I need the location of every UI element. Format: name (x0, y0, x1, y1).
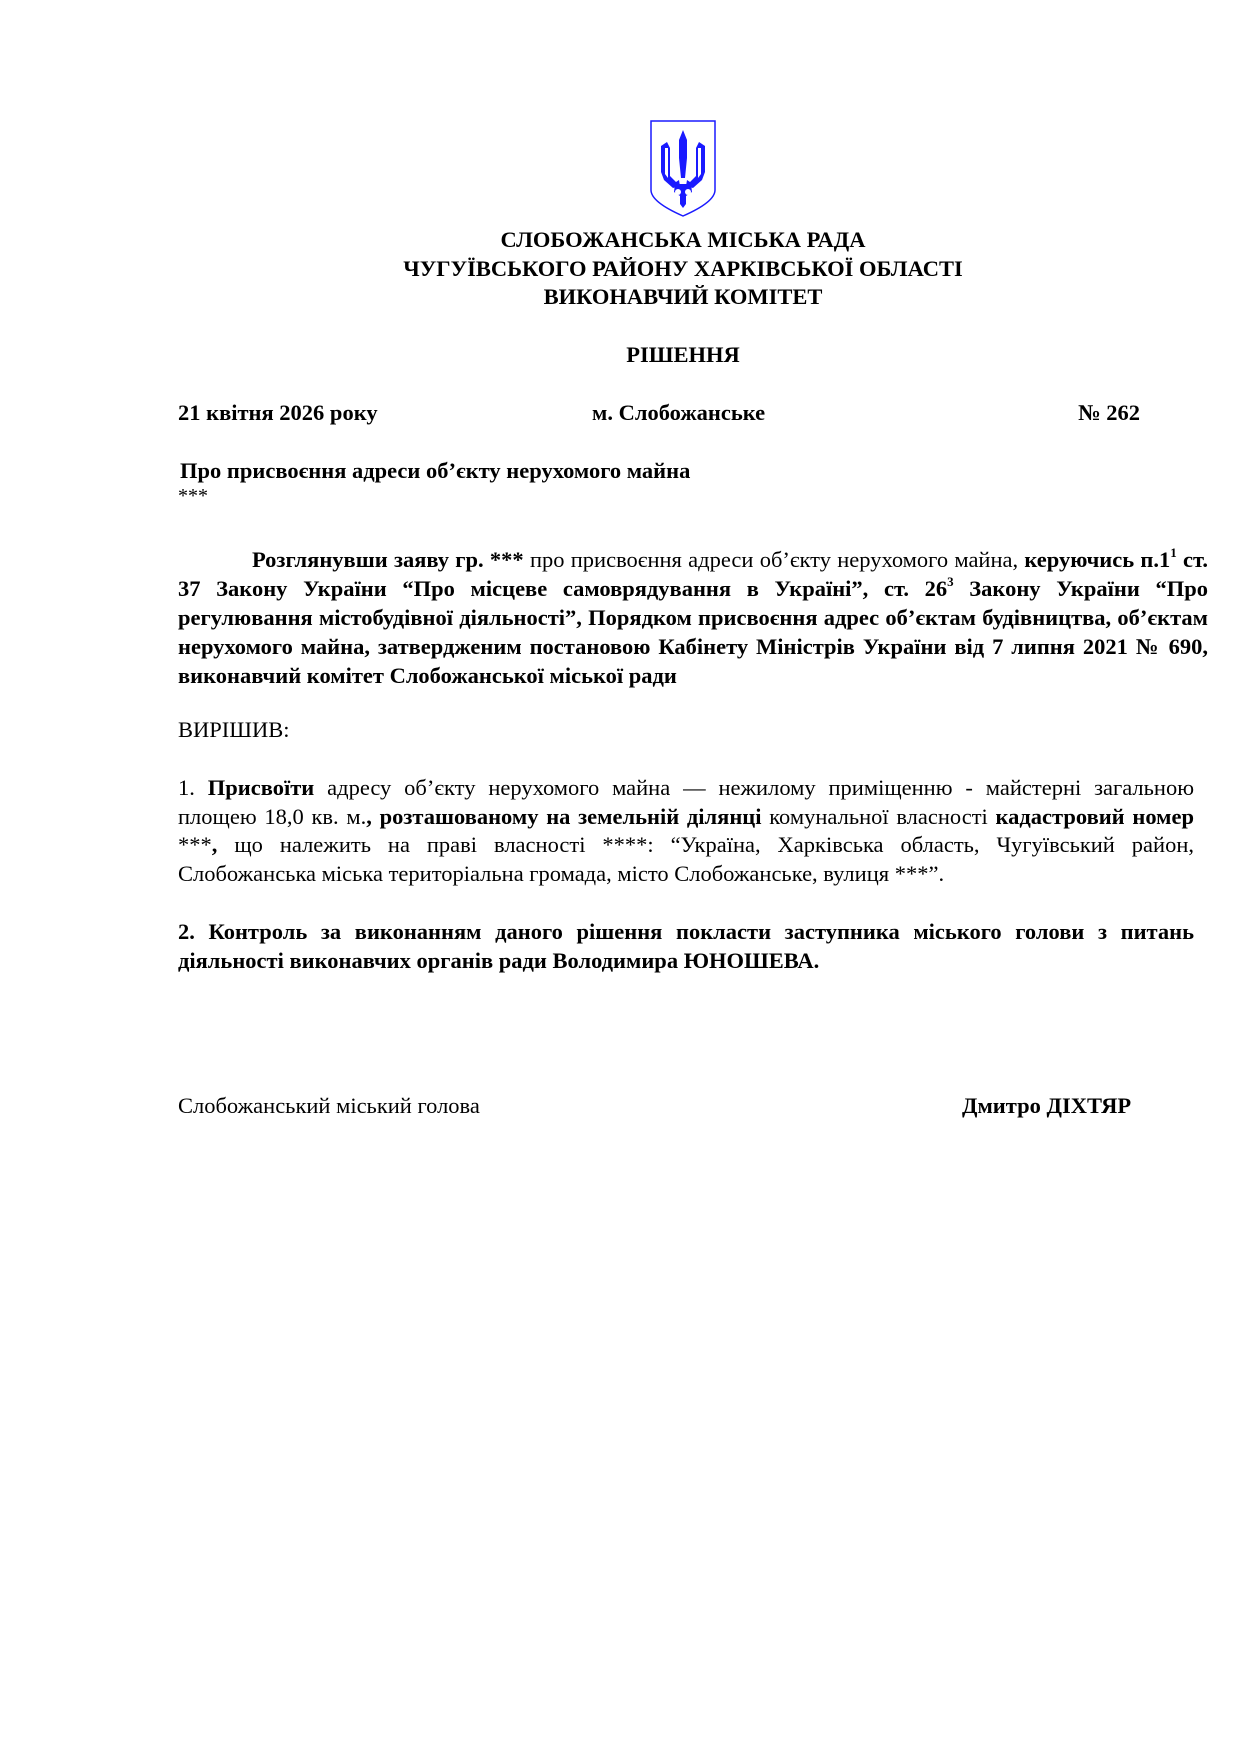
intro-part-2: про присвоєння адреси об’єкту нерухомого… (524, 547, 1025, 572)
document-type: РІШЕННЯ (0, 342, 1240, 368)
item1-text-4: що належить на праві власності ****: “Ук… (178, 832, 1194, 886)
document-subject: Про присвоєння адреси об’єкту нерухомого… (180, 458, 690, 484)
decision-item-1: 1. Присвоїти адресу об’єкту нерухомого м… (178, 774, 1194, 888)
item1-bold-3: кадастровий номер (996, 804, 1194, 829)
header-line-2: ЧУГУЇВСЬКОГО РАЙОНУ ХАРКІВСЬКОЇ ОБЛАСТІ (0, 255, 1240, 284)
item1-text-3: *** (178, 832, 212, 857)
item1-text-2: комунальної власності (762, 804, 996, 829)
council-header: СЛОБОЖАНСЬКА МІСЬКА РАДА ЧУГУЇВСЬКОГО РА… (0, 226, 1240, 312)
intro-part-1: Розглянувши заяву гр. *** (252, 547, 524, 572)
document-number: № 262 (1078, 400, 1140, 426)
document-date: 21 квітня 2026 року (178, 400, 378, 426)
document-city: м. Слобожанське (592, 400, 765, 426)
intro-sup-1: 1 (1170, 545, 1177, 560)
intro-paragraph: Розглянувши заяву гр. *** про присвоєння… (178, 545, 1208, 690)
header-line-3: ВИКОНАВЧИЙ КОМІТЕТ (0, 283, 1240, 312)
item1-number: 1. (178, 775, 208, 800)
coat-of-arms-icon (648, 118, 718, 218)
intro-sup-2: 3 (947, 574, 954, 589)
intro-part-3: керуючись п.1 (1024, 547, 1170, 572)
item1-bold-2: , розташованому на земельній ділянці (366, 804, 761, 829)
item1-bold-1: Присвоїти (208, 775, 314, 800)
decided-label: ВИРІШИВ: (178, 717, 289, 743)
subject-redacted: *** (178, 486, 208, 506)
signatory-name: Дмитро ДІХТЯР (962, 1093, 1131, 1119)
signatory-position: Слобожанський міський голова (178, 1093, 480, 1119)
header-line-1: СЛОБОЖАНСЬКА МІСЬКА РАДА (0, 226, 1240, 255)
decision-item-2: 2. Контроль за виконанням даного рішення… (178, 918, 1194, 975)
